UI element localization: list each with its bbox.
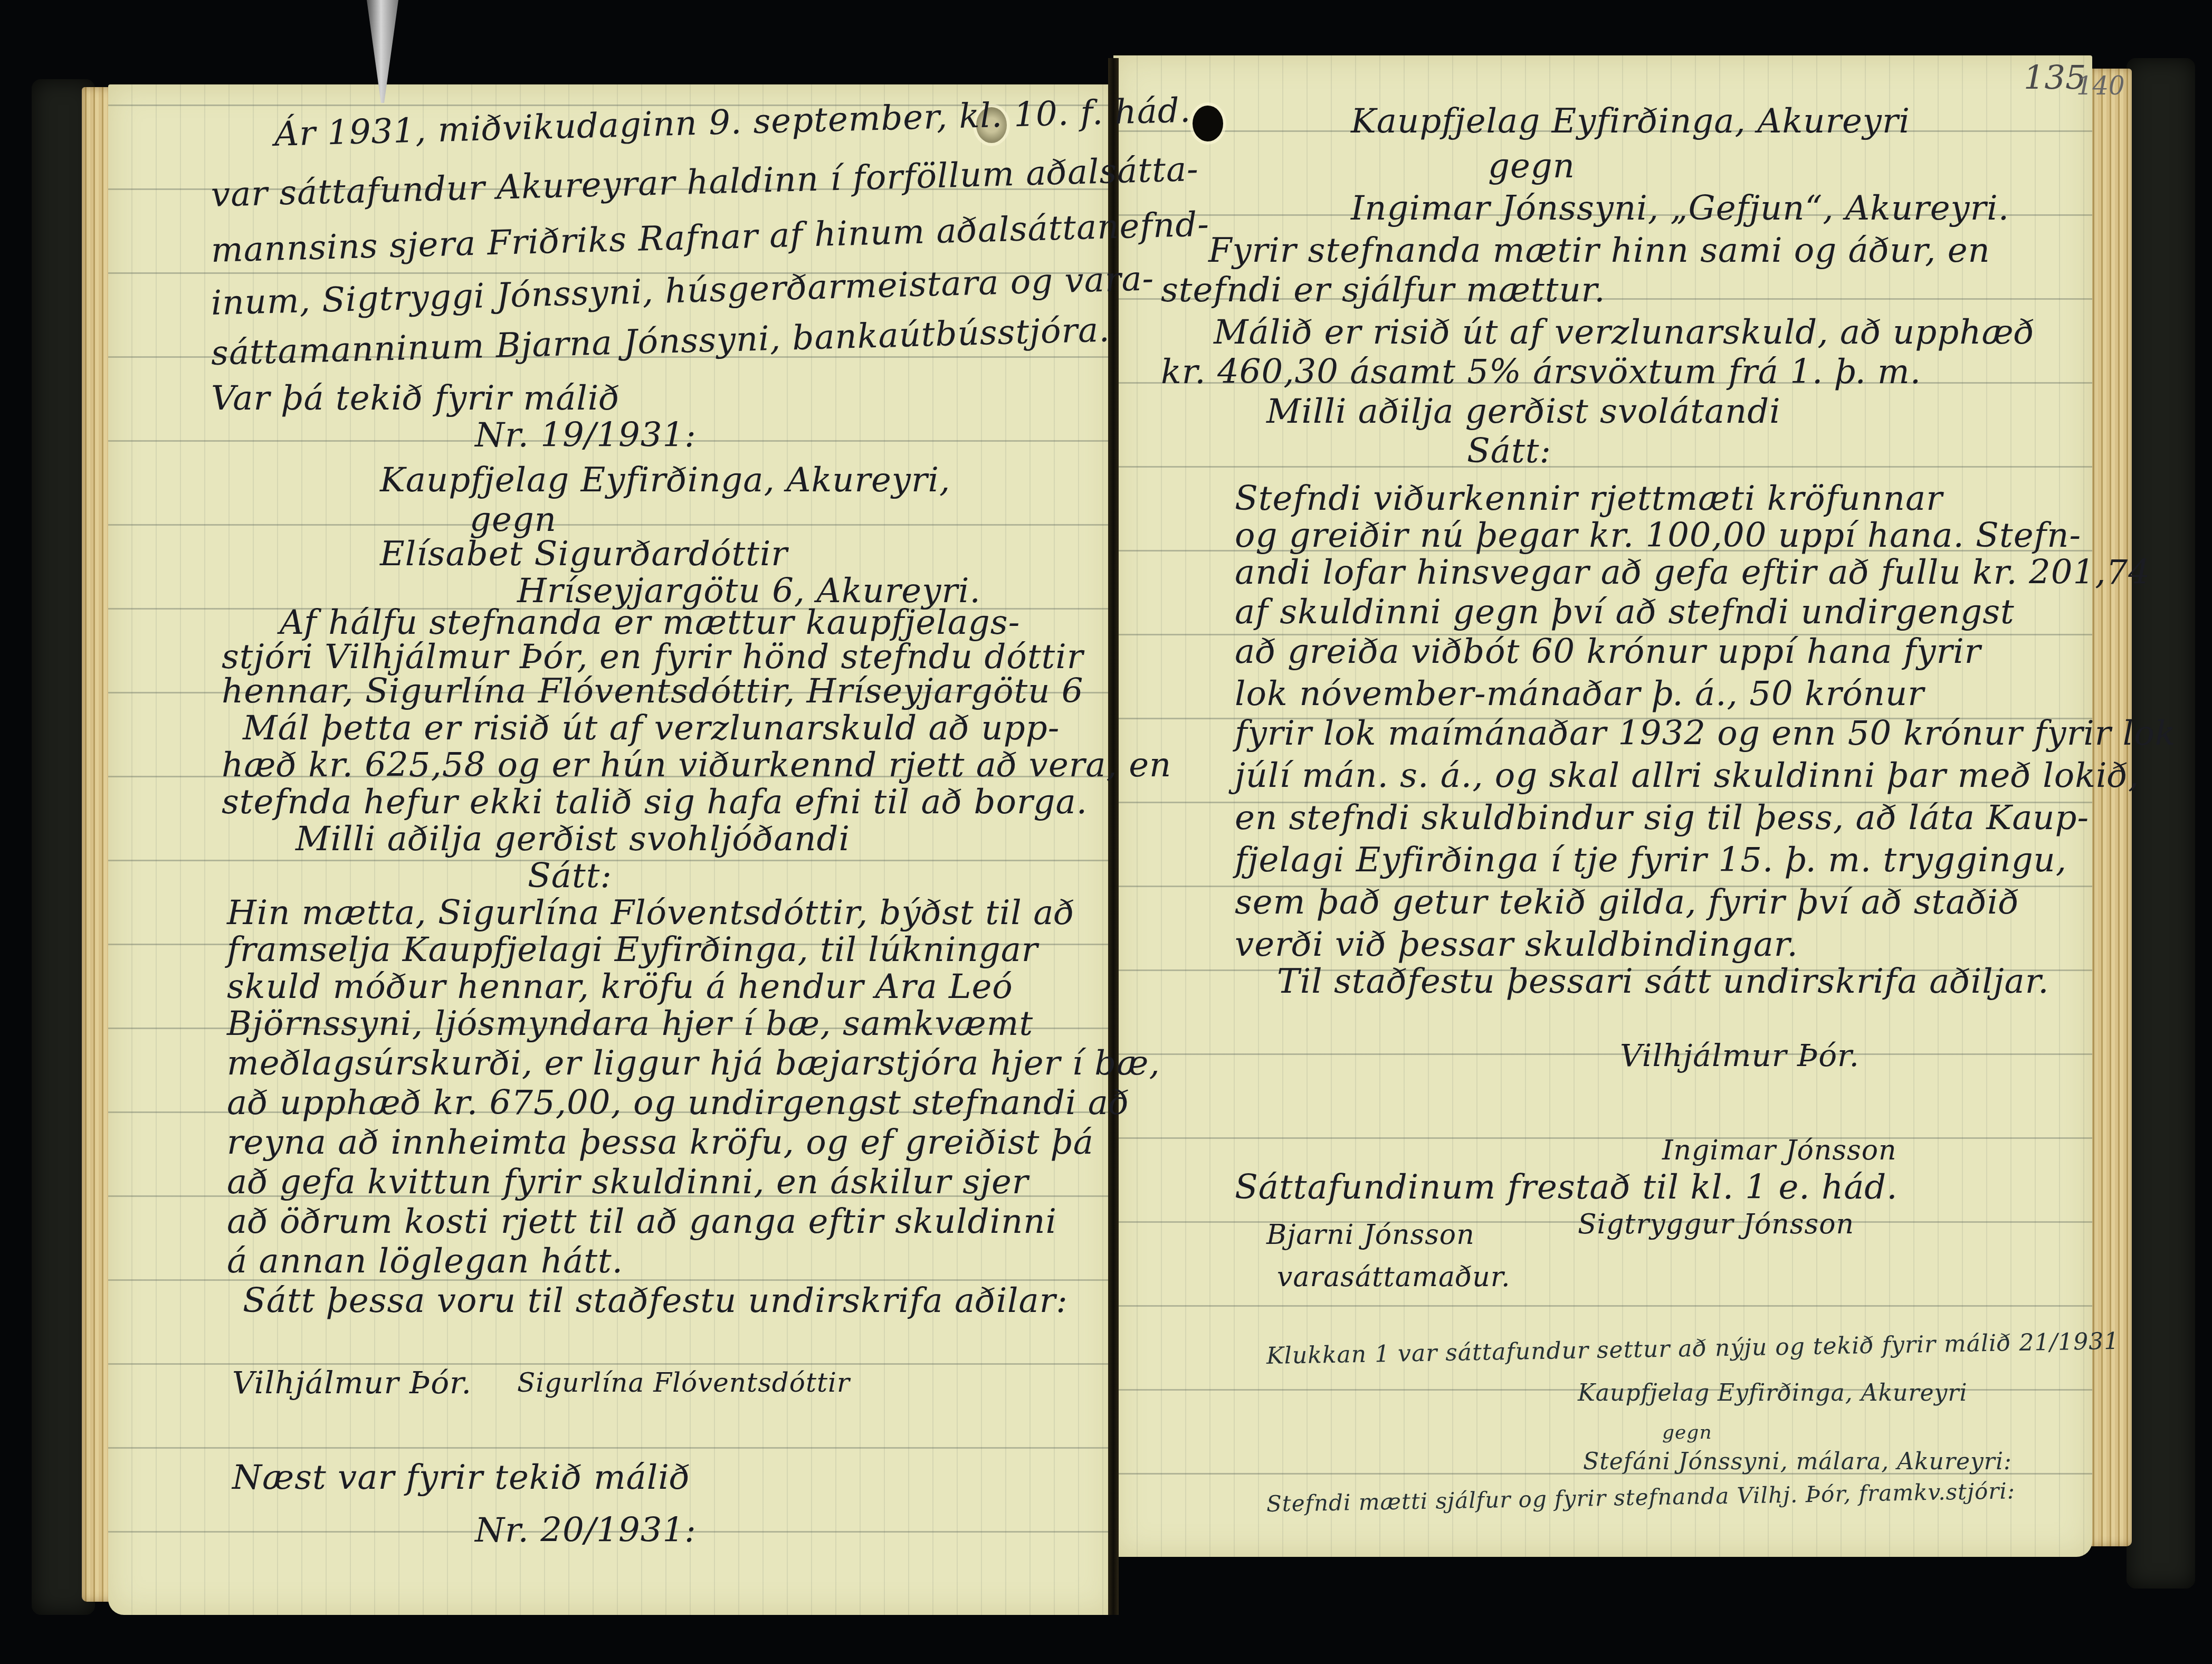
text-line: að öðrum kosti rjett til að ganga eftir … [227, 1201, 1057, 1243]
text-line: af skuldinni gegn því að stefndi undirge… [1235, 591, 2015, 633]
text-line: Stefndi viðurkennir rjettmæti kröfunnar [1235, 478, 1943, 520]
text-line: Mál þetta er risið út af verzlunarskuld … [243, 707, 1060, 749]
settlement-heading: Sátt: [1467, 430, 1551, 472]
text-line: Sáttafundinum frestað til kl. 1 e. hád. [1235, 1166, 1898, 1209]
defendant-name: Ingimar Jónssyni, „Gefjun“, Akureyri. [1351, 187, 2009, 230]
text-line: á annan löglegan hátt. [227, 1240, 623, 1282]
text-line: Björnssyni, ljósmyndara hjer í bæ, samkv… [227, 1003, 1033, 1045]
text-line: framselja Kaupfjelagi Eyfirðinga, til lú… [227, 929, 1038, 971]
settlement-heading: Sátt: [528, 855, 612, 897]
text-line: lok nóvember-mánaðar þ. á., 50 krónur [1235, 673, 1924, 715]
text-line: og greiðir nú þegar kr. 100,00 uppí hana… [1235, 515, 2081, 557]
plaintiff-name: Kaupfjelag Eyfirðinga, Akureyri, [380, 459, 950, 501]
signature-title: varasáttamaður. [1277, 1256, 1511, 1298]
signature-vilhjalmur-thor: Vilhjálmur Þór. [1620, 1034, 1860, 1077]
case-number: Nr. 19/1931: [475, 414, 697, 457]
text-line: að gefa kvittun fyrir skuldinni, en áski… [227, 1161, 1028, 1203]
text-line: að greiða viðbót 60 krónur uppí hana fyr… [1235, 631, 1981, 673]
defendant-name: Elísabet Sigurðardóttir [380, 533, 788, 575]
signature-bjarni: Bjarni Jónsson [1266, 1214, 1475, 1256]
signature-ingimar: Ingimar Jónsson [1662, 1129, 1896, 1172]
book-cover-right [2127, 58, 2195, 1589]
text-line: stefnda hefur ekki talið sig hafa efni t… [222, 781, 1088, 823]
text-line: Var þá tekið fyrir málið [211, 377, 620, 420]
text-line: hæð kr. 625,58 og er hún viðurkennd rjet… [222, 744, 1171, 786]
text-line: Sátt þessa voru til staðfestu undirskrif… [243, 1280, 1068, 1322]
signature-sigurlina: Sigurlína Flóventsdóttir [517, 1362, 850, 1404]
text-line: júlí mán. s. á., og skal allri skuldinni… [1235, 755, 2139, 797]
text-line: Milli aðilja gerðist svohljóðandi [295, 818, 850, 860]
text-line: meðlagsúrskurði, er liggur hjá bæjarstjó… [227, 1042, 1160, 1085]
text-line: kr. 460,30 ásamt 5% ársvöxtum frá 1. þ. … [1161, 351, 1921, 393]
signature-vilhjalmur-thor: Vilhjálmur Þór. [232, 1362, 472, 1404]
text-line: Málið er risið út af verzlunarskuld, að … [1214, 311, 2035, 354]
text-line: Til staðfestu þessari sátt undirskrifa a… [1277, 961, 2049, 1003]
underlying-page-number: 140 [2076, 71, 2125, 101]
text-line: Milli aðilja gerðist svolátandi [1266, 391, 1781, 433]
text-line: skuld móður hennar, kröfu á hendur Ara L… [227, 966, 1013, 1008]
text-line: Fyrir stefnanda mætir hinn sami og áður,… [1208, 230, 1990, 272]
text-line: andi lofar hinsvegar að gefa eftir að fu… [1235, 552, 2150, 594]
text-line: verði við þessar skuldbindingar. [1235, 924, 1798, 966]
text-line: stefndi er sjálfur mættur. [1161, 269, 1606, 311]
text-line: reyna að innheimta þessa kröfu, og ef gr… [227, 1121, 1094, 1164]
text-line: Næst var fyrir tekið málið [232, 1457, 690, 1499]
plaintiff-name: Kaupfjelag Eyfirðinga, Akureyri [1578, 1372, 1967, 1414]
text-line: Hin mætta, Sigurlína Flóventsdóttir, býð… [227, 892, 1075, 934]
signature-sigtryggur: Sigtryggur Jónsson [1578, 1203, 1854, 1245]
text-line: fjelagi Eyfirðinga í tje fyrir 15. þ. m.… [1235, 839, 2067, 881]
text-line: en stefndi skuldbindur sig til þess, að … [1235, 797, 2089, 839]
punch-hole-right [1193, 106, 1223, 141]
text-line: fyrir lok maímánaðar 1932 og enn 50 krón… [1235, 712, 2176, 755]
text-line: sem það getur tekið gilda, fyrir því að … [1235, 881, 2019, 924]
text-line: að upphæð kr. 675,00, og undirgengst ste… [227, 1082, 1130, 1124]
versus-label: gegn [1488, 145, 1575, 187]
next-case-number: Nr. 20/1931: [475, 1509, 697, 1552]
plaintiff-name: Kaupfjelag Eyfirðinga, Akureyri [1351, 100, 1910, 142]
text-line: hennar, Sigurlína Flóventsdóttir, Hrísey… [222, 670, 1083, 712]
